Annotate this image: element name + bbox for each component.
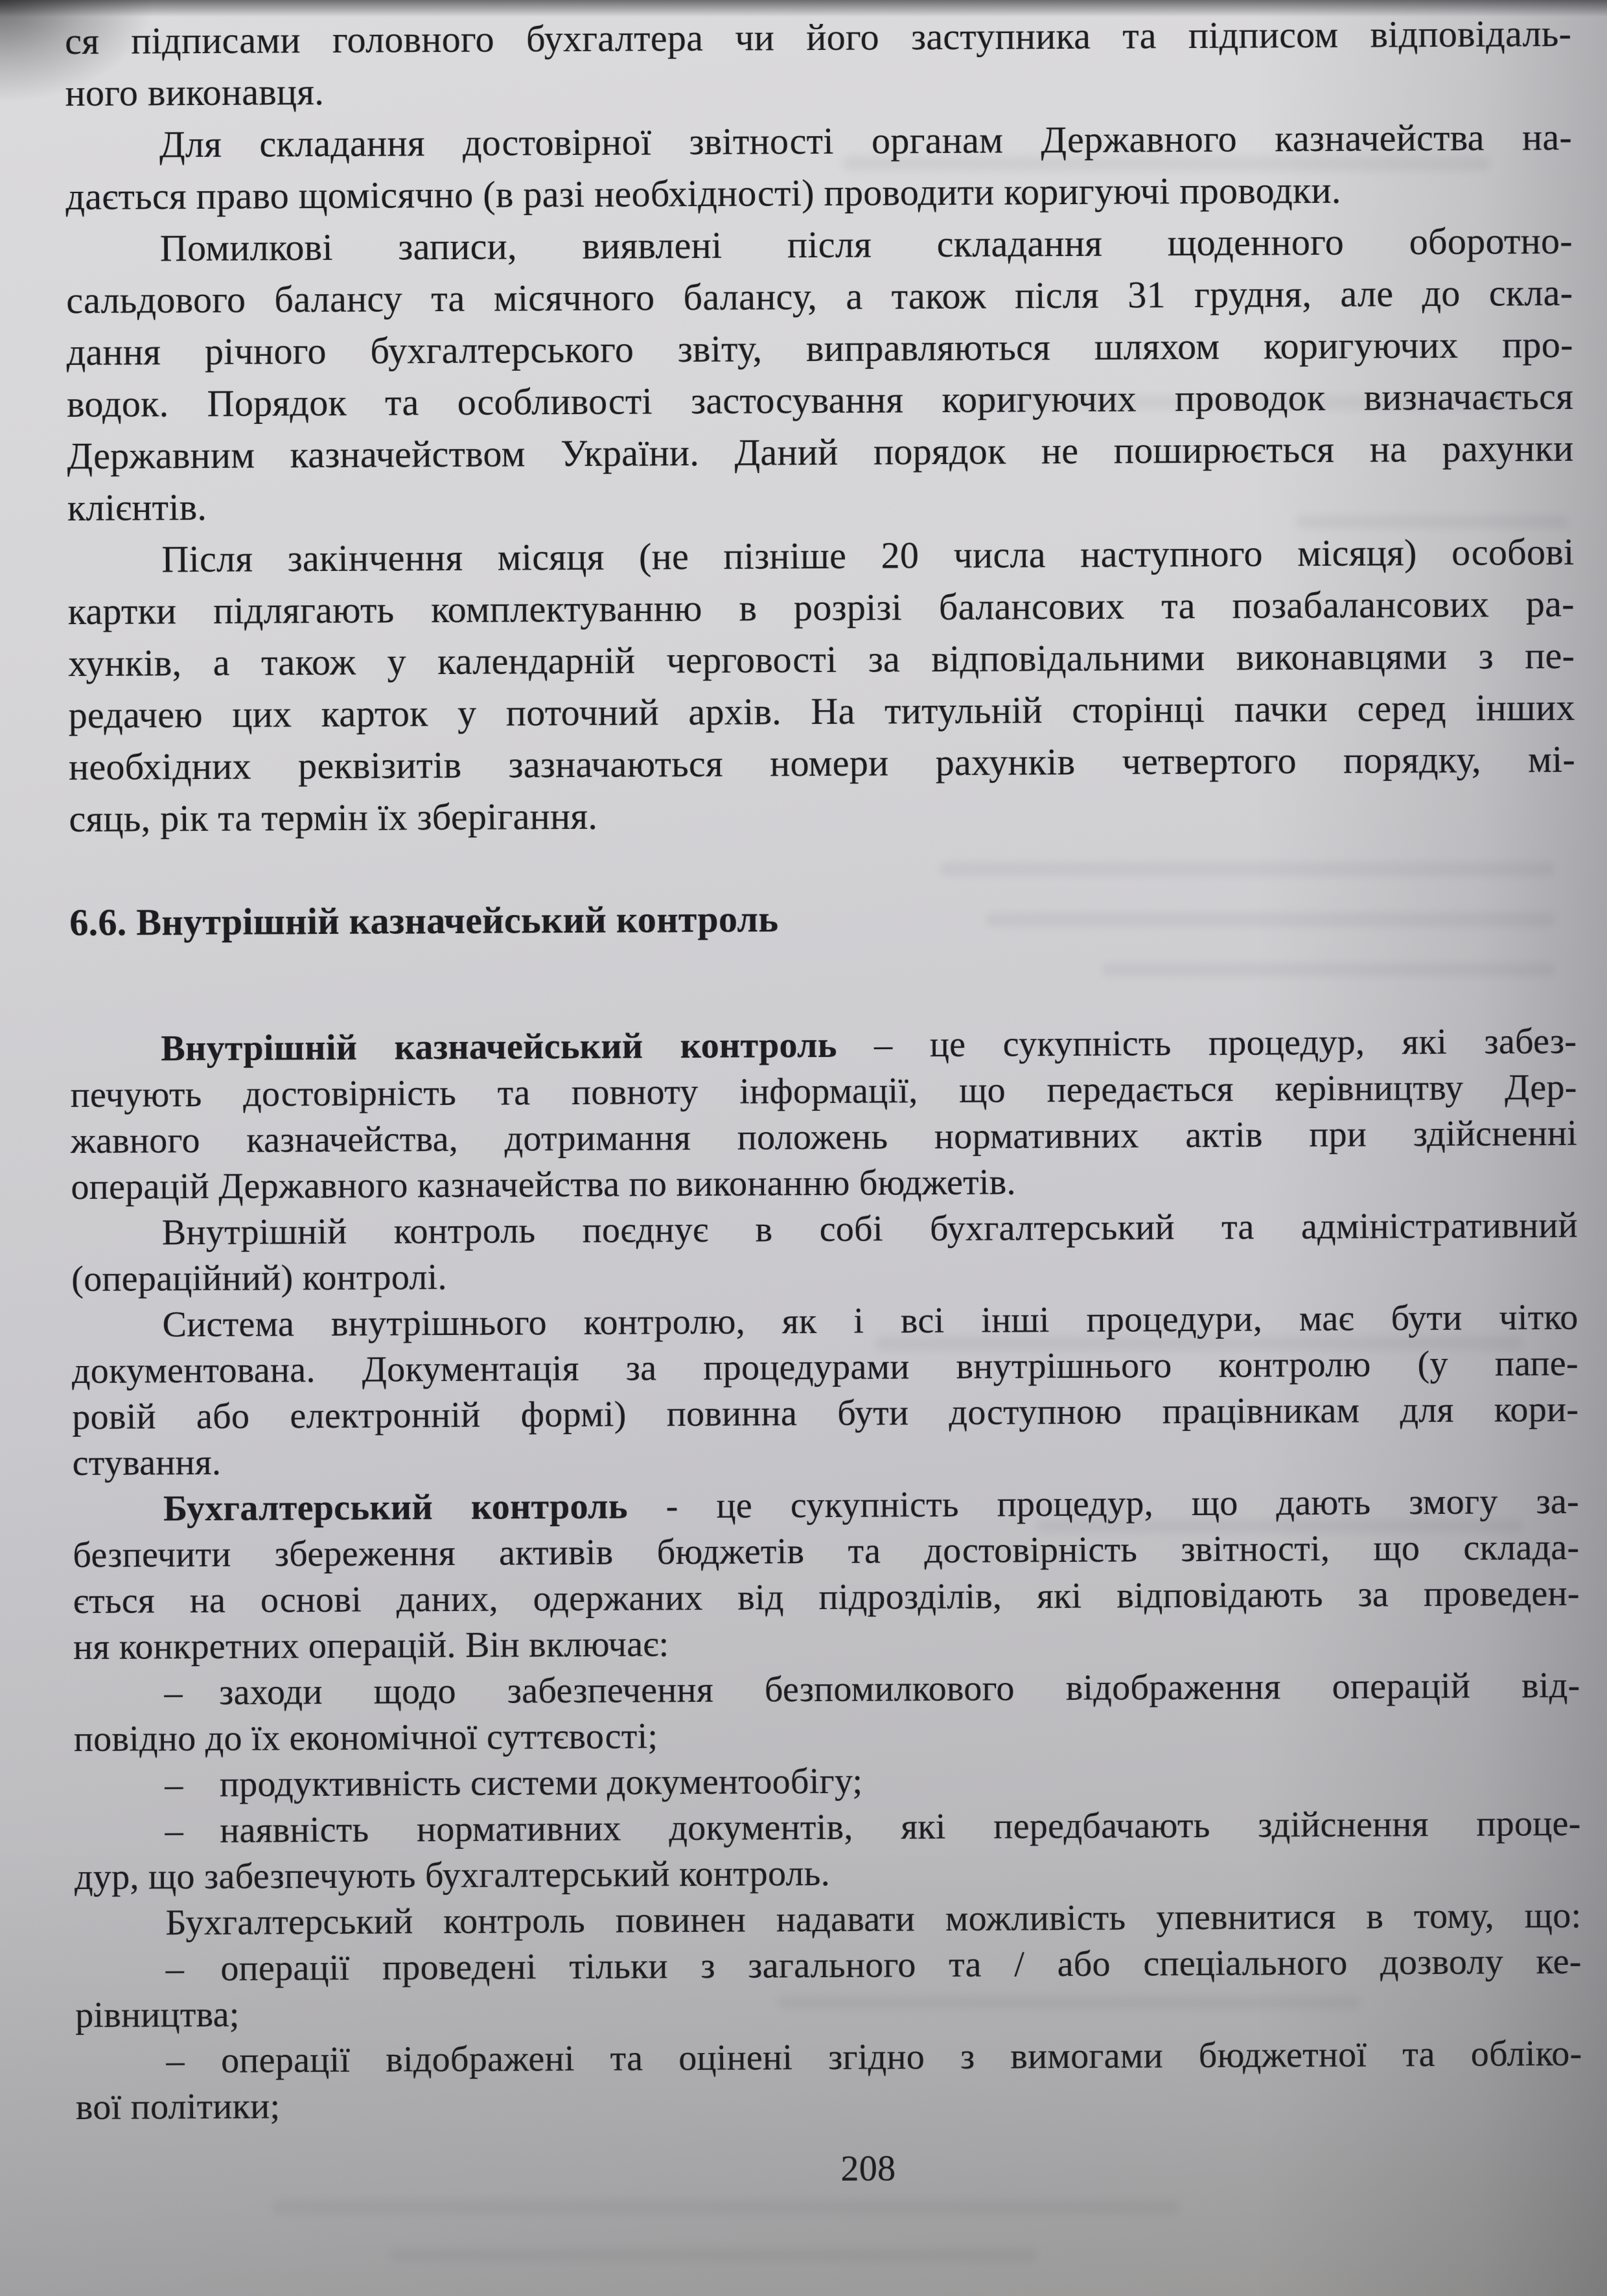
text-line: дання річного бухгалтерського звіту, вип… — [67, 319, 1573, 378]
text-line: Внутрішній казначейський контроль – це с… — [70, 1019, 1577, 1073]
paragraph-continuation: ся підписами головного бухгалтера чи йог… — [65, 8, 1572, 119]
list-item: – операції проведені тільки з загального… — [75, 1939, 1582, 2039]
text-segment: Державним казначейством України. Даний п… — [67, 427, 1573, 477]
text-line: дур, що забезпечують бухгалтерський конт… — [75, 1847, 1581, 1901]
text-line: – заходи щодо забезпечення безпомилковог… — [73, 1663, 1580, 1717]
upper-text-blocks: ся підписами головного бухгалтера чи йог… — [65, 8, 1576, 845]
page-number: 208 — [76, 2142, 1582, 2196]
text-line: дається право щомісячно (в разі необхідн… — [65, 163, 1572, 223]
text-segment: дур, що забезпечують бухгалтерський конт… — [75, 1853, 830, 1897]
text-segment: – це сукупність процедур, які забез- — [837, 1021, 1577, 1065]
text-line: сальдового балансу та місячного балансу,… — [66, 267, 1573, 327]
text-line: ного виконавця. — [65, 60, 1571, 119]
paragraph: Внутрішній контроль поєднує в собі бухга… — [71, 1203, 1578, 1303]
text-segment: безпечити збереження активів бюджетів та… — [73, 1527, 1579, 1575]
text-segment: редачею цих карток у поточний архів. На … — [68, 686, 1575, 736]
text-segment: – операції проведені тільки з загального… — [166, 1942, 1582, 1989]
text-segment: документована. Документація за процедура… — [72, 1343, 1578, 1391]
scanned-page: ся підписами головного бухгалтера чи йог… — [0, 0, 1607, 2296]
text-segment: дання річного бухгалтерського звіту, вип… — [67, 323, 1573, 373]
text-line: клієнтів. — [67, 474, 1574, 534]
text-line: (операційний) контролі. — [71, 1249, 1578, 1303]
text-segment: необхідних реквізитів зазначаються номер… — [69, 738, 1575, 788]
text-segment: ється на основі даних, одержаних від під… — [73, 1573, 1580, 1621]
text-segment: сяць, рік та термін їх зберігання. — [69, 795, 597, 840]
text-segment: операцій Державного казначейства по вико… — [71, 1162, 1016, 1207]
text-line: редачею цих карток у поточний архів. На … — [68, 682, 1575, 741]
text-line: Внутрішній контроль поєднує в собі бухга… — [71, 1203, 1578, 1257]
list-item: – заходи щодо забезпечення безпомилковог… — [73, 1663, 1580, 1763]
text-segment: Внутрішній контроль поєднує в собі бухга… — [162, 1205, 1578, 1253]
text-segment: ровій або електронній формі) повинна бут… — [72, 1389, 1578, 1437]
list-item: – наявність нормативних документів, які … — [75, 1801, 1582, 1901]
text-line: Після закінчення місяця (не пізніше 20 ч… — [67, 526, 1574, 586]
text-line: документована. Документація за процедура… — [72, 1341, 1578, 1395]
text-segment: хунків, а також у календарній черговості… — [68, 634, 1575, 684]
paragraph: Внутрішній казначейський контроль – це с… — [70, 1019, 1577, 1211]
text-segment: ся підписами головного бухгалтера чи йог… — [65, 12, 1571, 62]
text-segment: (операційний) контролі. — [71, 1257, 447, 1299]
text-line: вої політики; — [76, 2077, 1582, 2131]
text-segment: повідно до їх економічної суттєвості; — [74, 1716, 658, 1759]
text-line: Для складання достовірної звітності орга… — [65, 111, 1572, 171]
text-segment: ного виконавця. — [65, 71, 324, 114]
paragraph: Після закінчення місяця (не пізніше 20 ч… — [67, 526, 1575, 845]
text-line: рівництва; — [75, 1985, 1582, 2039]
bold-text-segment: Внутрішній казначейський контроль — [161, 1025, 837, 1069]
paragraph: Бухгалтерський контроль - це сукупність … — [73, 1479, 1580, 1671]
text-line: сяць, рік та термін їх зберігання. — [69, 785, 1575, 845]
text-line: – продуктивність системи документообігу; — [74, 1755, 1580, 1809]
list-item: – продуктивність системи документообігу; — [74, 1755, 1580, 1809]
text-line: – операції проведені тільки з загального… — [75, 1939, 1582, 1993]
bold-text-segment: Бухгалтерський контроль — [163, 1487, 628, 1529]
text-line: картки підлягають комплектуванню в розрі… — [68, 578, 1575, 638]
text-segment: - це сукупність процедур, що дають змогу… — [628, 1481, 1580, 1527]
text-segment: рівництва; — [75, 1995, 240, 2035]
text-line: жавного казначейства, дотримання положен… — [71, 1111, 1577, 1165]
text-segment: печують достовірність та повноту інформа… — [71, 1067, 1577, 1115]
text-line: необхідних реквізитів зазначаються номер… — [69, 734, 1575, 793]
text-segment: дається право щомісячно (в разі необхідн… — [65, 169, 1341, 218]
text-segment: сальдового балансу та місячного балансу,… — [66, 272, 1573, 321]
text-line: – операції відображені та оцінені згідно… — [75, 2031, 1582, 2085]
text-line: Державним казначейством України. Даний п… — [67, 423, 1573, 482]
section-heading: 6.6. Внутрішній казначейський контроль — [69, 889, 1576, 949]
text-line: Бухгалтерський контроль повинен надавати… — [75, 1893, 1581, 1947]
text-line: хунків, а також у календарній черговості… — [68, 630, 1575, 690]
text-segment: Бухгалтерський контроль повинен надавати… — [165, 1896, 1581, 1943]
text-segment: – заходи щодо забезпечення безпомилковог… — [164, 1665, 1580, 1713]
paragraph: Помилкові записи, виявлені після складан… — [66, 215, 1574, 534]
text-line: безпечити збереження активів бюджетів та… — [73, 1525, 1579, 1579]
text-segment: картки підлягають комплектуванню в розрі… — [68, 583, 1575, 632]
text-line: повідно до їх економічної суттєвості; — [74, 1709, 1580, 1763]
text-line: операцій Державного казначейства по вико… — [71, 1157, 1577, 1211]
lower-text-blocks: Внутрішній казначейський контроль – це с… — [70, 1019, 1582, 2131]
bleed-through-smudge — [389, 2249, 1037, 2262]
text-line: ня конкретних операцій. Він включає: — [73, 1617, 1580, 1671]
text-line: стування. — [73, 1433, 1579, 1487]
text-segment: Після закінчення місяця (не пізніше 20 ч… — [161, 531, 1574, 580]
text-segment: Система внутрішнього контролю, як і всі … — [162, 1297, 1578, 1345]
text-segment: – операції відображені та оцінені згідно… — [166, 2034, 1582, 2081]
text-line: водок. Порядок та особливості застосуван… — [67, 371, 1573, 430]
paragraph: Система внутрішнього контролю, як і всі … — [71, 1295, 1578, 1487]
text-segment: стування. — [73, 1443, 222, 1483]
text-line: – наявність нормативних документів, які … — [75, 1801, 1581, 1855]
text-line: печують достовірність та повноту інформа… — [71, 1065, 1577, 1119]
page-text: ся підписами головного бухгалтера чи йог… — [65, 8, 1583, 2196]
text-line: ся підписами головного бухгалтера чи йог… — [65, 8, 1571, 67]
text-segment: жавного казначейства, дотримання положен… — [71, 1113, 1577, 1161]
text-segment: – наявність нормативних документів, які … — [165, 1803, 1581, 1851]
text-segment: Для складання достовірної звітності орга… — [159, 116, 1572, 165]
text-segment: водок. Порядок та особливості застосуван… — [67, 375, 1573, 425]
bleed-through-smudge — [272, 2200, 1179, 2214]
text-segment: – продуктивність системи документообігу; — [165, 1761, 862, 1805]
text-segment: ня конкретних операцій. Він включає: — [73, 1624, 669, 1667]
list-item: – операції відображені та оцінені згідно… — [75, 2031, 1582, 2131]
text-segment: вої політики; — [76, 2086, 281, 2128]
text-segment: клієнтів. — [67, 486, 207, 529]
paragraph: Для складання достовірної звітності орга… — [65, 111, 1573, 223]
text-line: ровій або електронній формі) повинна бут… — [72, 1387, 1578, 1441]
text-line: Система внутрішнього контролю, як і всі … — [71, 1295, 1578, 1349]
text-line: ється на основі даних, одержаних від під… — [73, 1571, 1580, 1625]
text-line: Бухгалтерський контроль - це сукупність … — [73, 1479, 1579, 1533]
text-segment: Помилкові записи, виявлені після складан… — [160, 220, 1573, 269]
paragraph: Бухгалтерський контроль повинен надавати… — [75, 1893, 1581, 1947]
text-line: Помилкові записи, виявлені після складан… — [66, 215, 1573, 275]
